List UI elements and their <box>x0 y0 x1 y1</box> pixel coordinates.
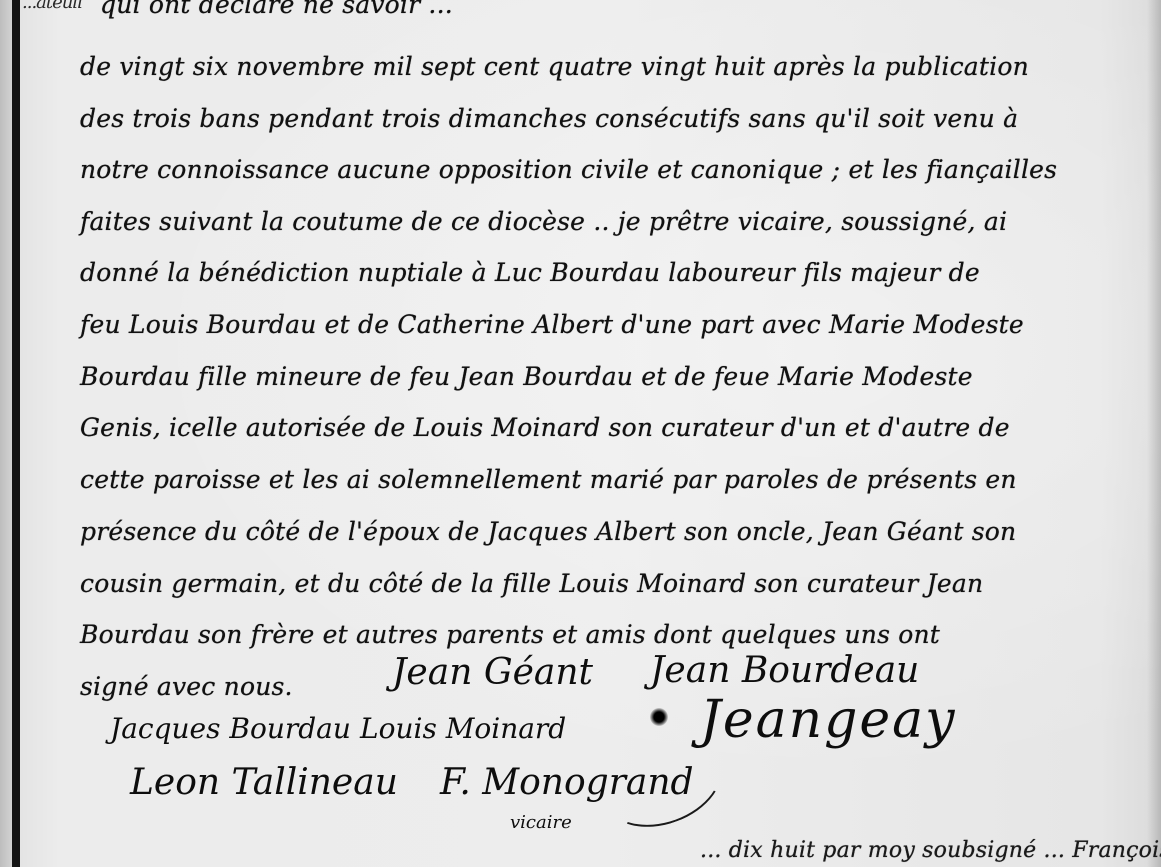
signature-louis-moinard: Louis Moinard <box>360 712 566 745</box>
page-edge-shadow <box>1147 0 1161 867</box>
text-line-3: des trois bans pendant trois dimanches c… <box>80 104 1018 133</box>
signature-leon-tallineau: Leon Tallineau <box>130 762 398 803</box>
binding-line <box>12 0 20 867</box>
signature-title-vicaire: vicaire <box>510 812 572 833</box>
text-line-8: Bourdau fille mineure de feu Jean Bourda… <box>80 362 973 391</box>
text-line-12: cousin germain, et du côté de la fille L… <box>80 569 983 598</box>
text-line-5: faites suivant la coutume de ce diocèse … <box>80 207 1007 236</box>
signature-jacques-bourdau: Jacques Bourdau <box>110 712 351 745</box>
text-line-1: qui ont déclaré ne savoir ... <box>100 0 453 19</box>
text-line-14: signé avec nous. <box>80 672 293 701</box>
document-page: ...ateuli qui ont déclaré ne savoir ... … <box>0 0 1161 867</box>
text-line-9: Genis, icelle autorisée de Louis Moinard… <box>80 413 1010 442</box>
ink-blot <box>650 708 668 726</box>
page-margin <box>0 0 12 867</box>
text-line-11: présence du côté de l'époux de Jacques A… <box>80 517 1016 546</box>
text-line-13: Bourdau son frère et autres parents et a… <box>80 620 940 649</box>
text-line-6: donné la bénédiction nuptiale à Luc Bour… <box>80 258 980 287</box>
next-entry-fragment: ... dix huit par moy soubsigné ... Franç… <box>700 838 1161 863</box>
signature-jean-geant: Jean Géant <box>392 652 593 693</box>
signature-jean-bourdeau: Jean Bourdeau <box>650 650 919 691</box>
signature-jeangeay: Jeangeay <box>700 690 957 750</box>
text-line-7: feu Louis Bourdau et de Catherine Albert… <box>80 310 1024 339</box>
text-line-2: de vingt six novembre mil sept cent quat… <box>80 52 1029 81</box>
margin-note: ...ateuli <box>22 0 82 13</box>
text-line-10: cette paroisse et les ai solemnellement … <box>80 465 1017 494</box>
text-line-4: notre connoissance aucune opposition civ… <box>80 155 1057 184</box>
